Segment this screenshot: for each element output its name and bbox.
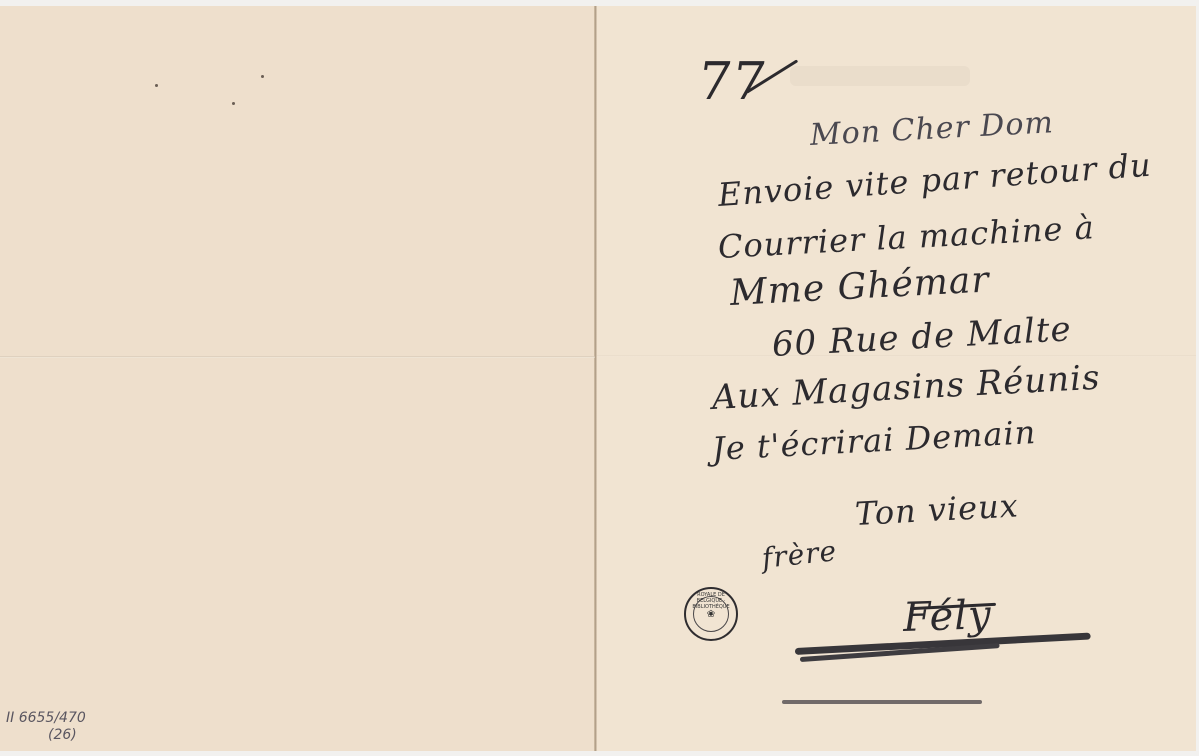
paper-speck: [232, 102, 235, 105]
stamp-text: ROYALE DE BELGIQUE · BIBLIOTHÈQUE: [686, 592, 736, 610]
center-fold-crease: [594, 6, 597, 751]
faint-letterhead-trace: [790, 66, 970, 86]
paper-speck: [155, 84, 158, 87]
left-page-blank: [0, 6, 595, 751]
shelfmark: II 6655/470 (26): [6, 710, 86, 744]
shelfmark-line-1: II 6655/470: [6, 710, 86, 726]
paper-speck: [261, 75, 264, 78]
signature: Fély: [902, 592, 992, 641]
signature-second-underline: [782, 700, 982, 704]
shelfmark-line-2: (26): [6, 727, 86, 744]
horizontal-fold-crease-left: [0, 356, 595, 358]
library-stamp: ROYALE DE BELGIQUE · BIBLIOTHÈQUE ❀: [684, 587, 738, 641]
